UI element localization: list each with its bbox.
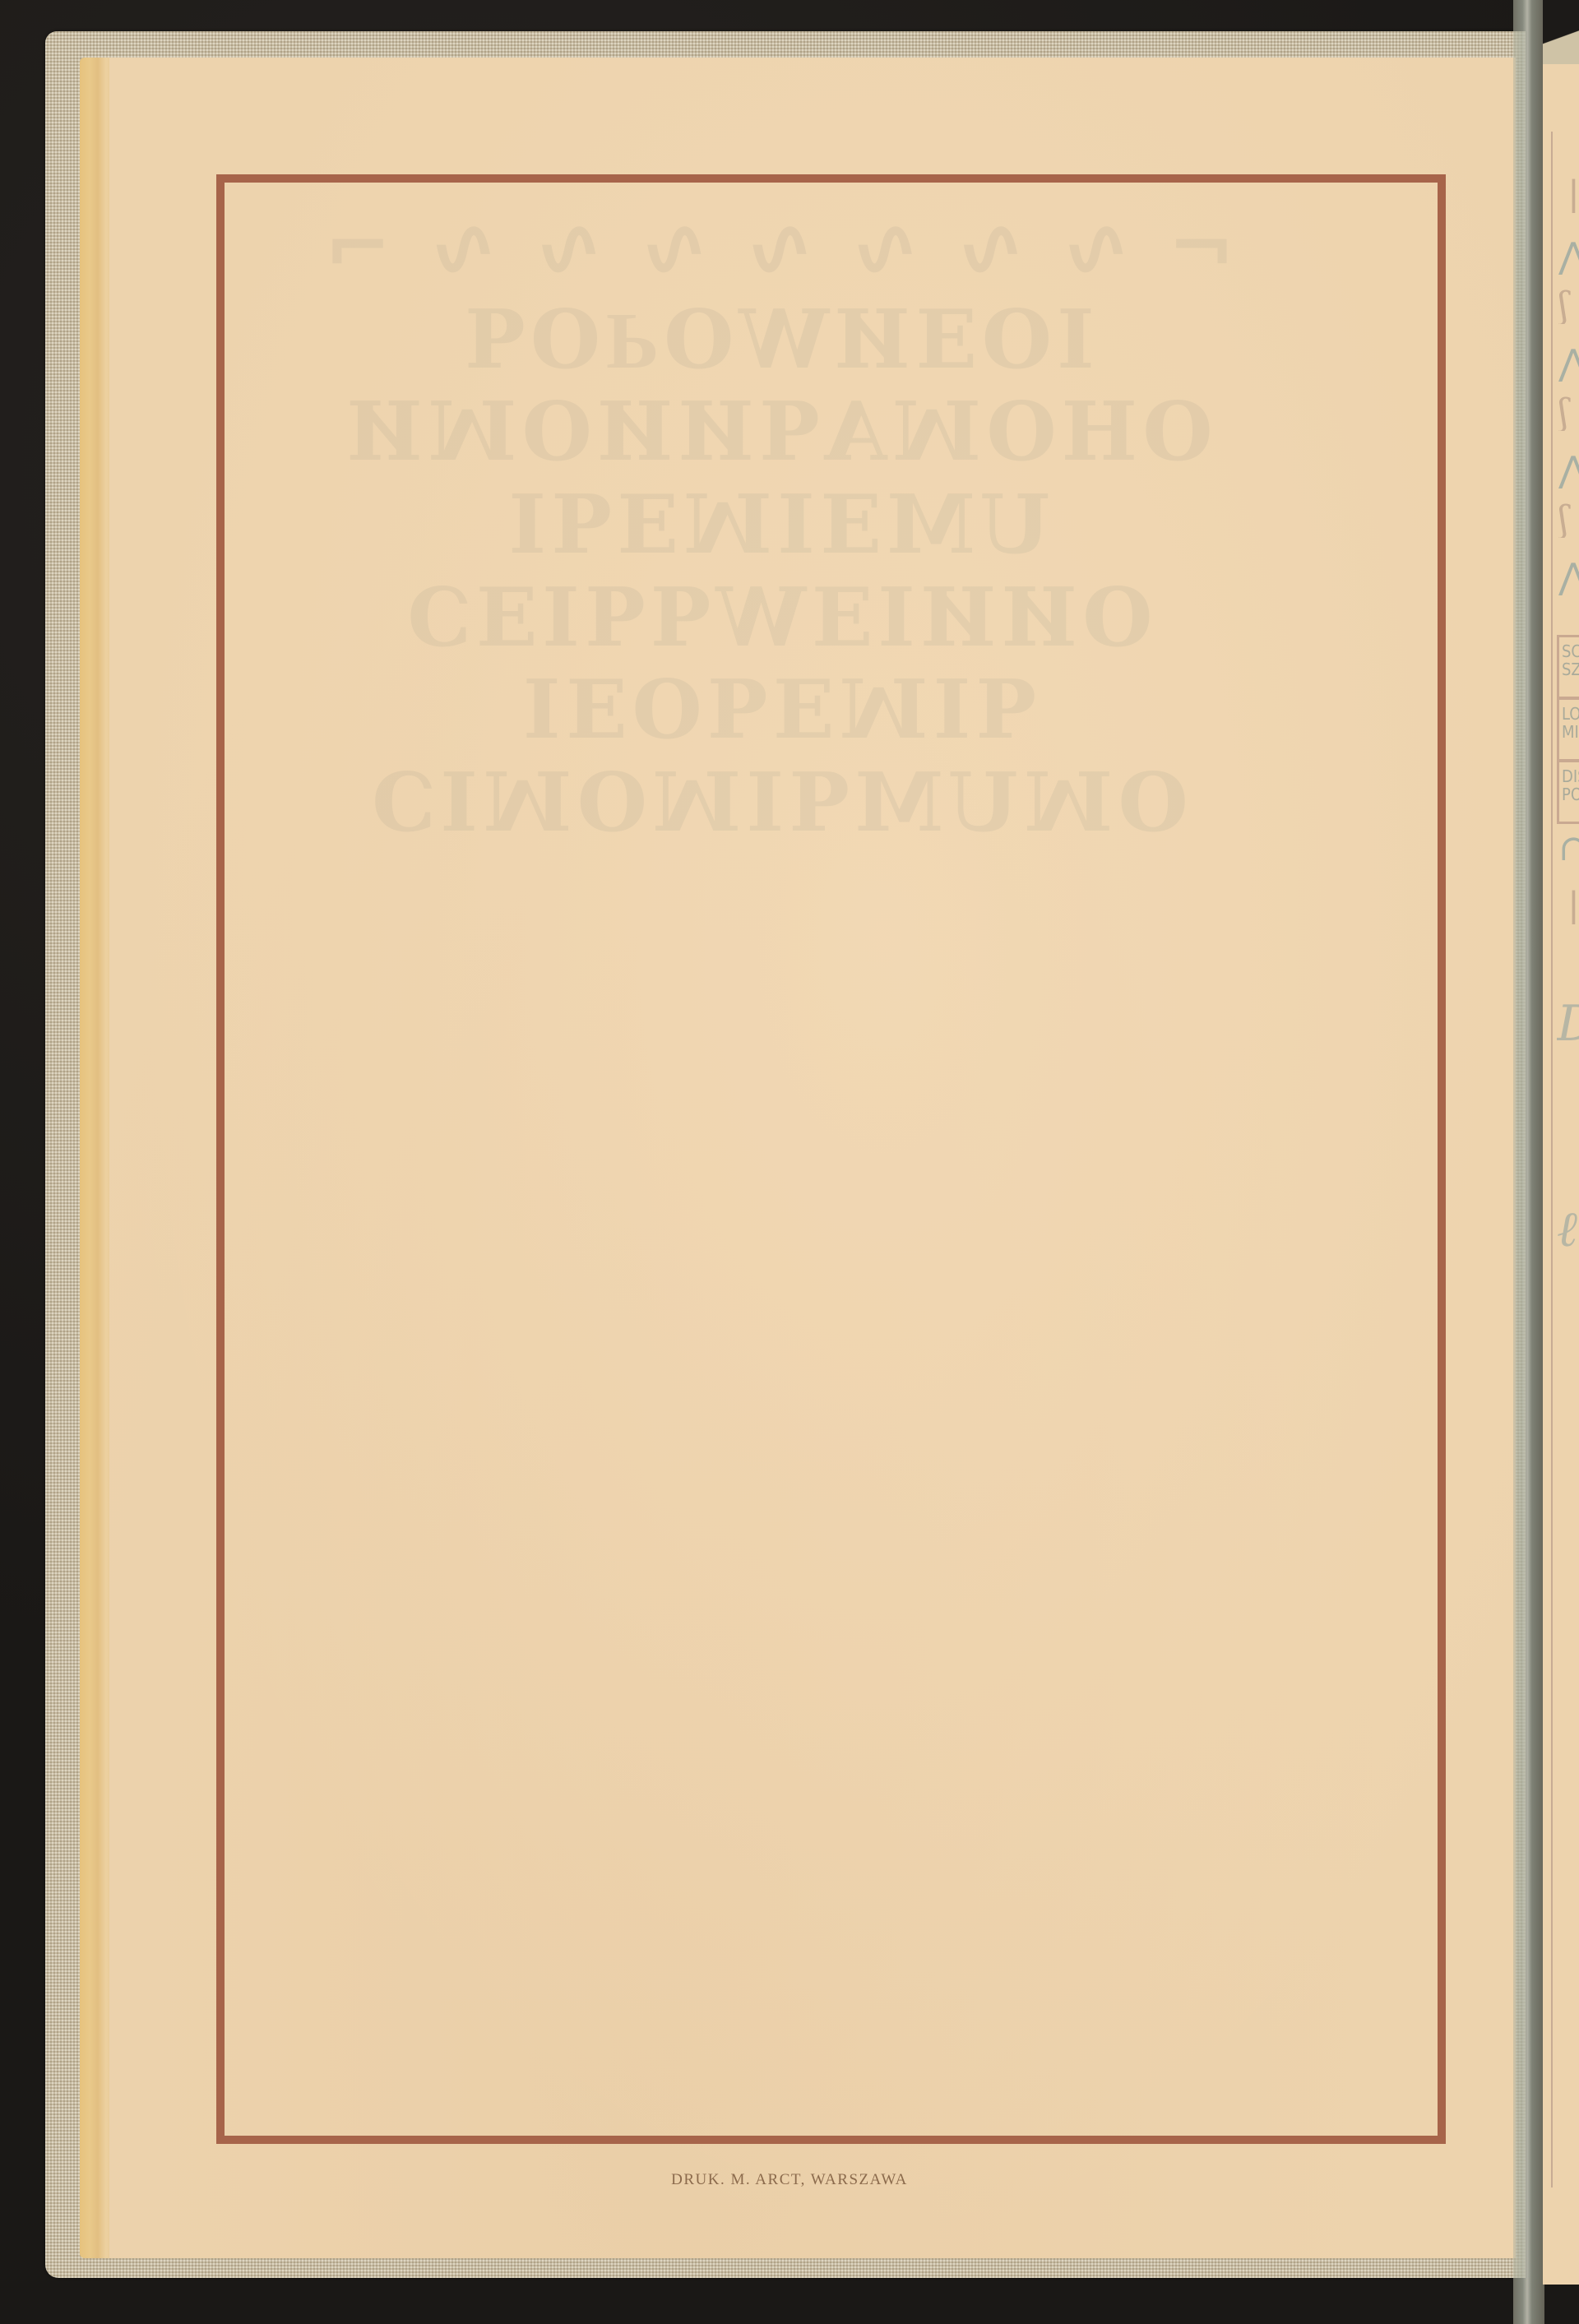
facing-page-ornament-icon: ❘❘ bbox=[1558, 888, 1579, 924]
page-stack-edge bbox=[80, 58, 113, 2258]
facing-page-ornament-icon: ʃ bbox=[1558, 395, 1579, 431]
facing-page-ornament-icon: ʃ bbox=[1558, 288, 1579, 324]
facing-page-ornament-icon: ⋀ bbox=[1558, 238, 1579, 275]
facing-page-handwriting: D bbox=[1557, 995, 1579, 1053]
facing-page-handwriting: ℓ bbox=[1557, 1201, 1579, 1258]
facing-page-ornament-icon: ʃ bbox=[1558, 502, 1579, 538]
facing-page-label-box: LOCA MIEJ bbox=[1557, 697, 1579, 762]
facing-page-ornament-icon: ⋀ bbox=[1558, 559, 1579, 595]
printed-red-frame bbox=[216, 174, 1446, 2144]
facing-page-ornament-icon: ⋀ bbox=[1558, 452, 1579, 488]
book-gutter-spine bbox=[1513, 0, 1544, 2324]
facing-page-ornament-icon: ∩ bbox=[1558, 831, 1579, 867]
printer-imprint: DRUK. M. ARCT, WARSZAWA bbox=[0, 2171, 1579, 2189]
facing-page-ornament-icon: ⋀ bbox=[1558, 345, 1579, 382]
facing-page-ornament-icon: ❘❘ bbox=[1558, 177, 1579, 213]
next-page-cover-corner bbox=[1543, 0, 1579, 66]
facing-page-label-box: DISTI POW bbox=[1557, 760, 1579, 824]
facing-page-frame-line bbox=[1551, 132, 1553, 2187]
facing-page-label-box: SCHO SZKO bbox=[1557, 635, 1579, 699]
